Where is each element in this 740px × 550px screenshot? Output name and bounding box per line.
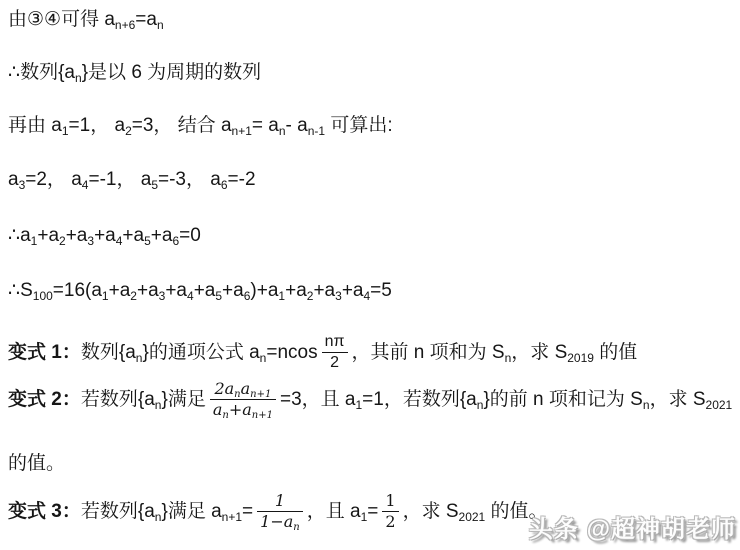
bold-label: 变式 1： xyxy=(8,342,81,363)
numerator: 1 xyxy=(382,492,398,511)
fraction: nπ2 xyxy=(322,333,348,373)
math-content: 由③④可得 an+6=an∴数列{an}是以 6 为周期的数列再由 a1=1， … xyxy=(0,0,740,550)
subscript: 4 xyxy=(187,289,194,303)
fraction: 2anan+1an+an+1 xyxy=(210,380,276,420)
numerator: 1 xyxy=(257,492,303,511)
subscript: n xyxy=(293,522,299,533)
subscript: 2021 xyxy=(459,510,486,524)
text-run: ，求 S xyxy=(403,501,459,522)
text-run: = a xyxy=(252,115,279,136)
line-s100-result: ∴S100=16(a1+a2+a3+a4+a5+a6)+a1+a2+a3+a4=… xyxy=(8,279,392,303)
text-run: ，求 S xyxy=(511,342,567,363)
numerator: 2anan+1 xyxy=(210,380,276,399)
text-run: nπ xyxy=(325,333,345,350)
text-run: 可算出: xyxy=(325,115,393,136)
subscript: n xyxy=(643,398,650,412)
bold-label: 变式 2： xyxy=(8,389,81,410)
subscript: 100 xyxy=(33,289,53,303)
text-run: +a xyxy=(151,225,173,246)
text-run: 2 xyxy=(330,354,339,371)
text-run: 若数列{a xyxy=(81,501,155,522)
subscript: n+1 xyxy=(222,510,242,524)
text-run: ∴a xyxy=(8,225,31,246)
text-run: ∴S xyxy=(8,280,33,301)
math-document-page: 由③④可得 an+6=an∴数列{an}是以 6 为周期的数列再由 a1=1， … xyxy=(0,0,740,550)
line-sum-six-terms: ∴a1+a2+a3+a4+a5+a6=0 xyxy=(8,224,201,248)
bold-label: 变式 3： xyxy=(8,501,81,522)
subscript: 5 xyxy=(144,234,151,248)
denominator: 2 xyxy=(322,352,348,372)
subscript: 2 xyxy=(125,124,132,138)
subscript: 2 xyxy=(130,289,137,303)
watermark: 头条 @超神胡老师 xyxy=(529,509,736,544)
text-run: =a xyxy=(135,9,157,30)
text-run: =-2 xyxy=(228,169,256,190)
text-run: =16(a xyxy=(53,280,102,301)
text-run: =1， a xyxy=(69,115,126,136)
text-run: =1，若数列{a xyxy=(362,389,477,410)
text-run: 2a xyxy=(214,379,234,398)
text-run: 1 xyxy=(385,491,395,510)
text-run: +a xyxy=(285,280,307,301)
subscript: n xyxy=(157,18,164,32)
text-run: +a xyxy=(313,280,335,301)
line-conclusion-period-relation: 由③④可得 an+6=an xyxy=(8,8,164,32)
text-run: = xyxy=(242,501,253,522)
text-run: a xyxy=(241,379,251,398)
text-run: - a xyxy=(286,115,308,136)
subscript: 3 xyxy=(335,289,342,303)
line-computed-terms: a3=2， a4=-1， a5=-3， a6=-2 xyxy=(8,168,256,192)
text-run: =ncos xyxy=(266,342,317,363)
text-run: +a xyxy=(94,225,116,246)
subscript: n-1 xyxy=(308,124,325,138)
subscript: 2021 xyxy=(706,398,733,412)
subscript: 2 xyxy=(59,234,66,248)
line-variant-2-continued: 的值。 xyxy=(8,452,65,476)
fraction: 11−an xyxy=(257,492,303,532)
text-run: ，求 S xyxy=(650,389,706,410)
text-run: 再由 a xyxy=(8,115,62,136)
subscript: n xyxy=(279,124,286,138)
subscript: 2019 xyxy=(567,351,594,365)
text-run: 由③④可得 a xyxy=(8,9,115,30)
text-run: }的通项公式 a xyxy=(142,342,259,363)
text-run: =3， 结合 a xyxy=(132,115,232,136)
subscript: 1 xyxy=(102,289,109,303)
text-run: =5 xyxy=(370,280,392,301)
line-variant-1: 变式 1：数列{an}的通项公式 an=ncosnπ2，其前 n 项和为 Sn，… xyxy=(8,333,637,373)
denominator: 1−an xyxy=(257,511,303,531)
text-run: 的值。 xyxy=(8,453,65,474)
text-run: +a xyxy=(109,280,131,301)
text-run: }是以 6 为周期的数列 xyxy=(82,62,261,83)
text-run: +a xyxy=(37,225,59,246)
subscript: n+1 xyxy=(250,389,271,400)
text-run: 2 xyxy=(385,512,395,531)
text-run: 若数列{a xyxy=(81,389,155,410)
text-run: 的值 xyxy=(594,342,637,363)
text-run: }的前 n 项和记为 S xyxy=(483,389,642,410)
text-run: +a xyxy=(229,400,252,419)
denominator: an+an+1 xyxy=(210,399,276,419)
denominator: 2 xyxy=(382,511,398,531)
subscript: 6 xyxy=(221,178,228,192)
text-run: +a xyxy=(122,225,144,246)
line-variant-3: 变式 3：若数列{an}满足 an+1=11−an，且 a1=12，求 S202… xyxy=(8,492,548,532)
fraction: 12 xyxy=(382,492,398,532)
text-run: +a xyxy=(194,280,216,301)
text-run: +a xyxy=(137,280,159,301)
numerator: nπ xyxy=(322,333,348,352)
line-variant-2: 变式 2：若数列{an}满足2anan+1an+an+1=3，且 a1=1，若数… xyxy=(8,380,732,420)
text-run: ，且 a xyxy=(307,501,361,522)
text-run: +a xyxy=(165,280,187,301)
text-run: = xyxy=(367,501,378,522)
text-run: =-1， a xyxy=(88,169,151,190)
text-run: 1 xyxy=(275,491,285,510)
subscript: n+6 xyxy=(115,18,135,32)
text-run: a xyxy=(213,400,223,419)
text-run: )+a xyxy=(250,280,278,301)
text-run: =0 xyxy=(179,225,201,246)
text-run: =2， a xyxy=(25,169,82,190)
text-run: a xyxy=(8,169,19,190)
text-run: +a xyxy=(342,280,364,301)
text-run: }满足 a xyxy=(161,501,221,522)
subscript: n+1 xyxy=(232,124,252,138)
subscript: n+1 xyxy=(252,410,273,421)
subscript: 1 xyxy=(62,124,69,138)
subscript: n xyxy=(75,71,82,85)
text-run: ，其前 n 项和为 S xyxy=(352,342,505,363)
text-run: =3，且 a xyxy=(280,389,356,410)
text-run: 1−a xyxy=(260,512,293,531)
text-run: =-3， a xyxy=(158,169,221,190)
text-run: 数列{a xyxy=(81,342,136,363)
line-initial-terms-recurrence: 再由 a1=1， a2=3， 结合 an+1= an- an-1 可算出: xyxy=(8,114,393,138)
text-run: ∴数列{a xyxy=(8,62,75,83)
line-therefore-periodic: ∴数列{an}是以 6 为周期的数列 xyxy=(8,61,261,85)
text-run: +a xyxy=(222,280,244,301)
text-run: }满足 xyxy=(161,389,205,410)
subscript: 5 xyxy=(151,178,158,192)
text-run: +a xyxy=(66,225,88,246)
